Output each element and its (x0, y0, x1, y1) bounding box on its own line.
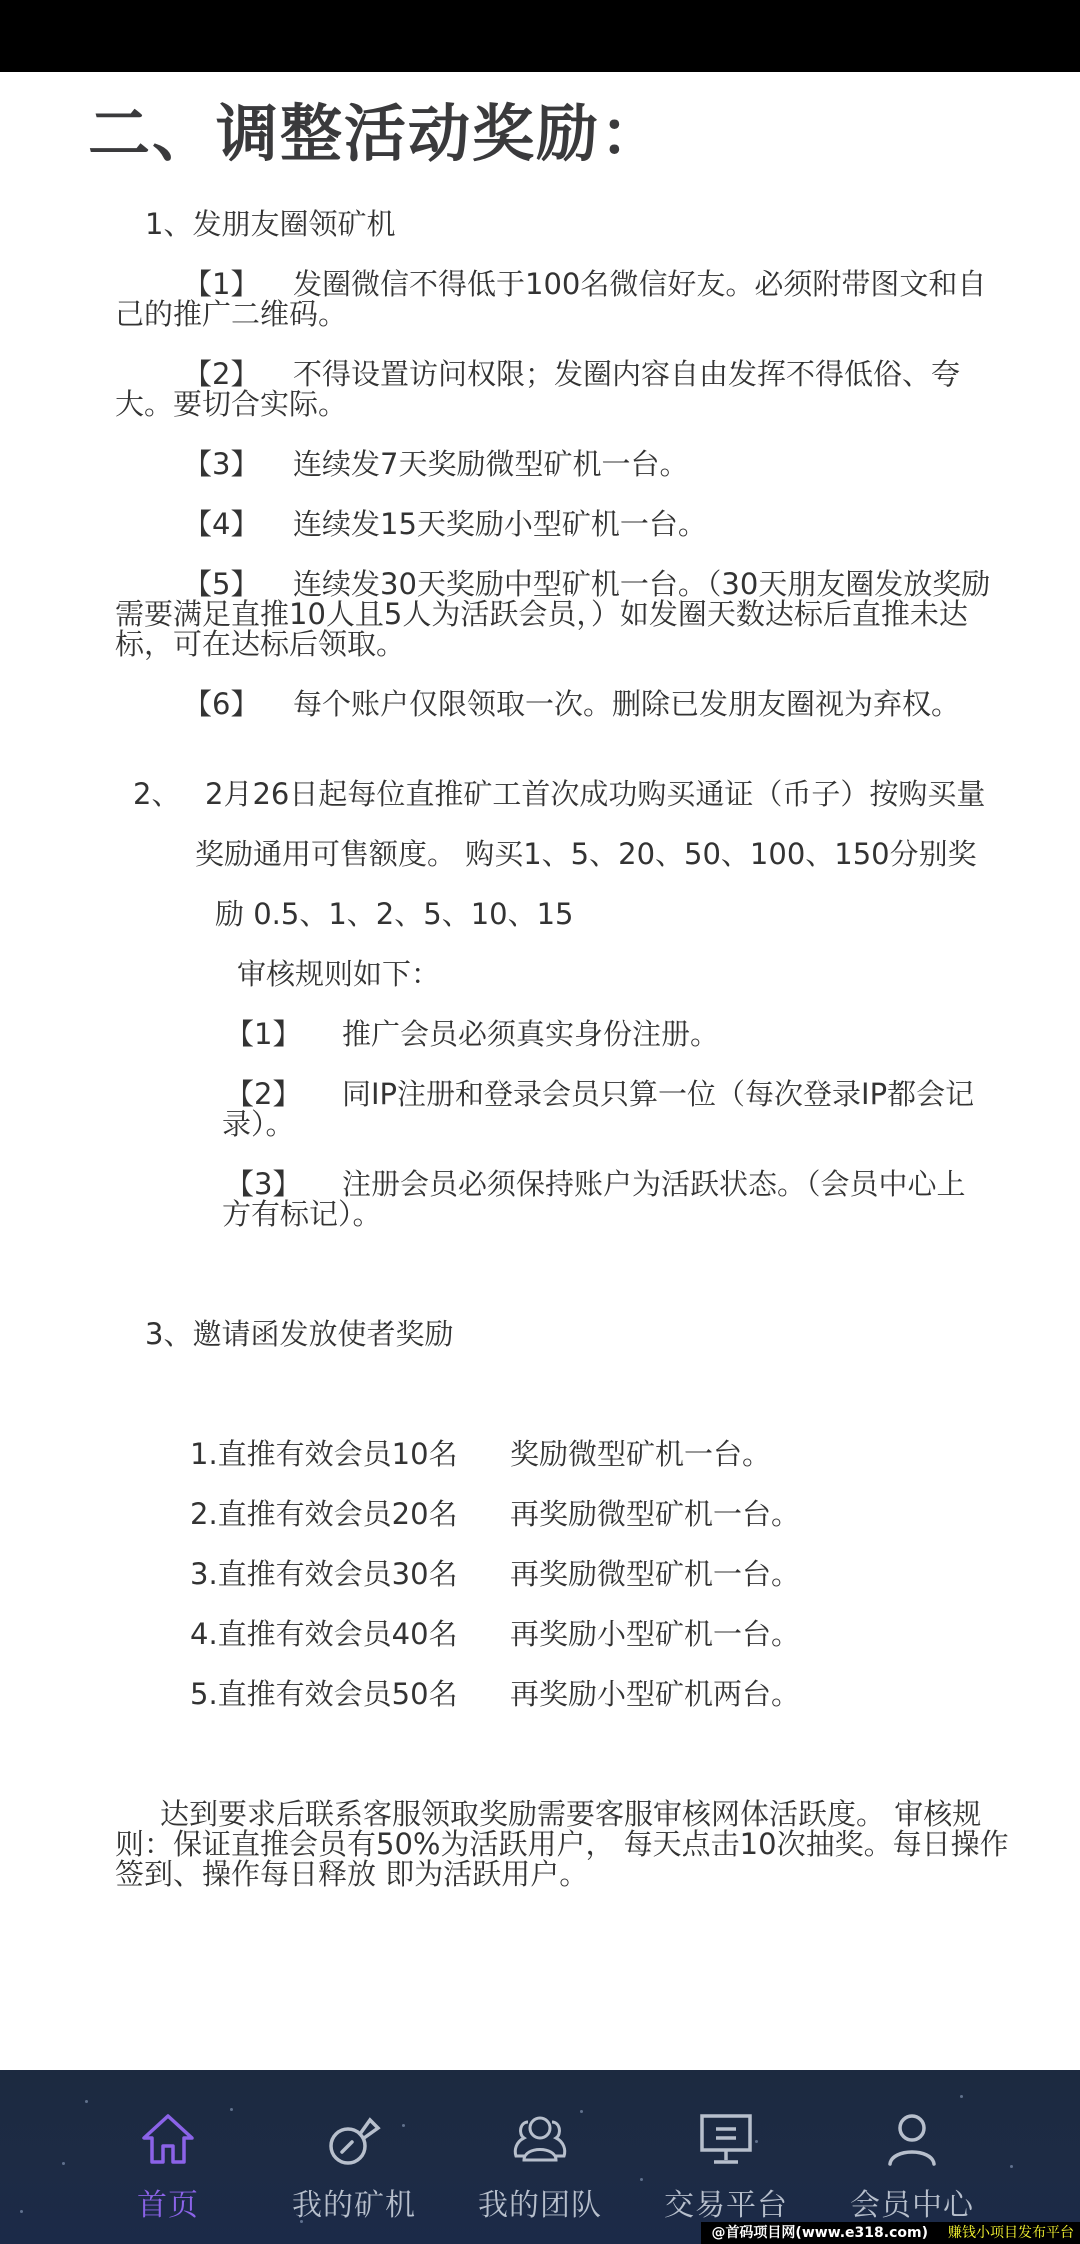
nav-item-member-center[interactable]: 会员中心 (822, 2110, 1002, 2224)
footer-note-line3: 签到、操作每日释放 即为活跃用户。 (115, 1858, 588, 1890)
footer-note-line2: 则：保证直推会员有50%为活跃用户， 每天点击10次抽奖。每日操作 (115, 1828, 1009, 1860)
reward-row: 5.直推有效会员50名再奖励小型矿机两台。 (190, 1678, 800, 1710)
reward-value: 再奖励小型矿机一台。 (510, 1617, 800, 1651)
monitor-icon (696, 2110, 756, 2170)
reward-condition: 3.直推有效会员30名 (190, 1558, 510, 1590)
item-text-line2: 需要满足直推10人且5人为活跃会员，）如发圈天数达标后直推未达 (115, 598, 968, 630)
reward-row: 4.直推有效会员40名再奖励小型矿机一台。 (190, 1618, 800, 1650)
item-marker: 【2】 (183, 358, 293, 390)
item-text-line1: 连续发7天奖励微型矿机一台。 (293, 447, 688, 481)
rule-text-line2: 方有标记）。 (222, 1198, 382, 1230)
item-marker: 【5】 (183, 568, 293, 600)
reward-value: 奖励微型矿机一台。 (510, 1437, 771, 1471)
nav-item-my-miner[interactable]: 我的矿机 (264, 2110, 444, 2224)
section2-line1: 2月26日起每位直推矿工首次成功购买通证（币子）按购买量 (205, 778, 985, 810)
item-text-line1: 每个账户仅限领取一次。删除已发朋友圈视为弃权。 (293, 687, 960, 721)
item-text-line1: 不得设置访问权限；发圈内容自由发挥不得低俗、夸 (293, 357, 960, 391)
item-text-line1: 连续发15天奖励小型矿机一台。 (293, 507, 707, 541)
miner-icon (324, 2110, 384, 2170)
rule-text-line1: 注册会员必须保持账户为活跃状态。（会员中心上 (342, 1167, 966, 1201)
nav-label: 我的矿机 (264, 2180, 444, 2224)
section1-heading: 1、发朋友圈领矿机 (145, 208, 395, 240)
item-text-line1: 连续发30天奖励中型矿机一台。（30天朋友圈发放奖励 (293, 567, 990, 601)
nav-item-home[interactable]: 首页 (78, 2110, 258, 2224)
item-marker: 【4】 (183, 508, 293, 540)
item-text-line2: 大。要切合实际。 (115, 388, 347, 420)
reward-condition: 4.直推有效会员40名 (190, 1618, 510, 1650)
section2-line2: 奖励通用可售额度。 购买1、5、20、50、100、150分别奖 (195, 838, 977, 870)
home-icon (138, 2110, 198, 2170)
nav-item-trading-platform[interactable]: 交易平台 (636, 2110, 816, 2224)
nav-label: 交易平台 (636, 2180, 816, 2224)
reward-value: 再奖励微型矿机一台。 (510, 1557, 800, 1591)
reward-condition: 1.直推有效会员10名 (190, 1438, 510, 1470)
rule-text-line2: 录）。 (222, 1108, 295, 1140)
reward-row: 1.直推有效会员10名奖励微型矿机一台。 (190, 1438, 771, 1470)
reward-row: 3.直推有效会员30名再奖励微型矿机一台。 (190, 1558, 800, 1590)
watermark-slogan: 赚钱小项目发布平台 (948, 2225, 1074, 2241)
item-text-line2: 己的推广二维码。 (115, 298, 347, 330)
team-icon (510, 2110, 570, 2170)
rule-marker: 【1】 (225, 1018, 342, 1050)
section2-number: 2、 (133, 778, 180, 810)
section3-heading: 3、邀请函发放使者奖励 (145, 1318, 453, 1350)
rule-marker: 【3】 (225, 1168, 342, 1200)
watermark-site: @首码项目网(www.e318.com) (711, 2225, 928, 2241)
reward-condition: 5.直推有效会员50名 (190, 1678, 510, 1710)
watermark: @首码项目网(www.e318.com)赚钱小项目发布平台 (701, 2222, 1080, 2244)
rule-marker: 【2】 (225, 1078, 342, 1110)
item-marker: 【1】 (183, 268, 293, 300)
nav-item-my-team[interactable]: 我的团队 (450, 2110, 630, 2224)
item-text-line1: 发圈微信不得低于100名微信好友。必须附带图文和自 (293, 267, 986, 301)
section2-line3: 励 0.5、1、2、5、10、15 (215, 898, 574, 930)
footer-note-line1: 达到要求后联系客服领取奖励需要客服审核网体活跃度。 审核规 (160, 1798, 981, 1830)
item-text-line3: 标，可在达标后领取。 (115, 628, 405, 660)
page-title: 二、调整活动奖励： (88, 84, 664, 173)
status-bar (0, 0, 1080, 72)
reward-row: 2.直推有效会员20名再奖励微型矿机一台。 (190, 1498, 800, 1530)
nav-label: 会员中心 (822, 2180, 1002, 2224)
reward-value: 再奖励小型矿机两台。 (510, 1677, 800, 1711)
reward-value: 再奖励微型矿机一台。 (510, 1497, 800, 1531)
nav-label: 首页 (78, 2180, 258, 2224)
rule-text-line1: 同IP注册和登录会员只算一位（每次登录IP都会记 (342, 1077, 974, 1111)
bottom-nav: 首页 我的矿机 我的团队 交易平台 (0, 2070, 1080, 2244)
reward-condition: 2.直推有效会员20名 (190, 1498, 510, 1530)
nav-label: 我的团队 (450, 2180, 630, 2224)
user-icon (882, 2110, 942, 2170)
rule-text-line1: 推广会员必须真实身份注册。 (342, 1017, 719, 1051)
item-marker: 【3】 (183, 448, 293, 480)
content-area: 二、调整活动奖励： 1、发朋友圈领矿机 【1】发圈微信不得低于100名微信好友。… (0, 72, 1080, 2070)
item-marker: 【6】 (183, 688, 293, 720)
rules-heading: 审核规则如下： (237, 958, 440, 990)
